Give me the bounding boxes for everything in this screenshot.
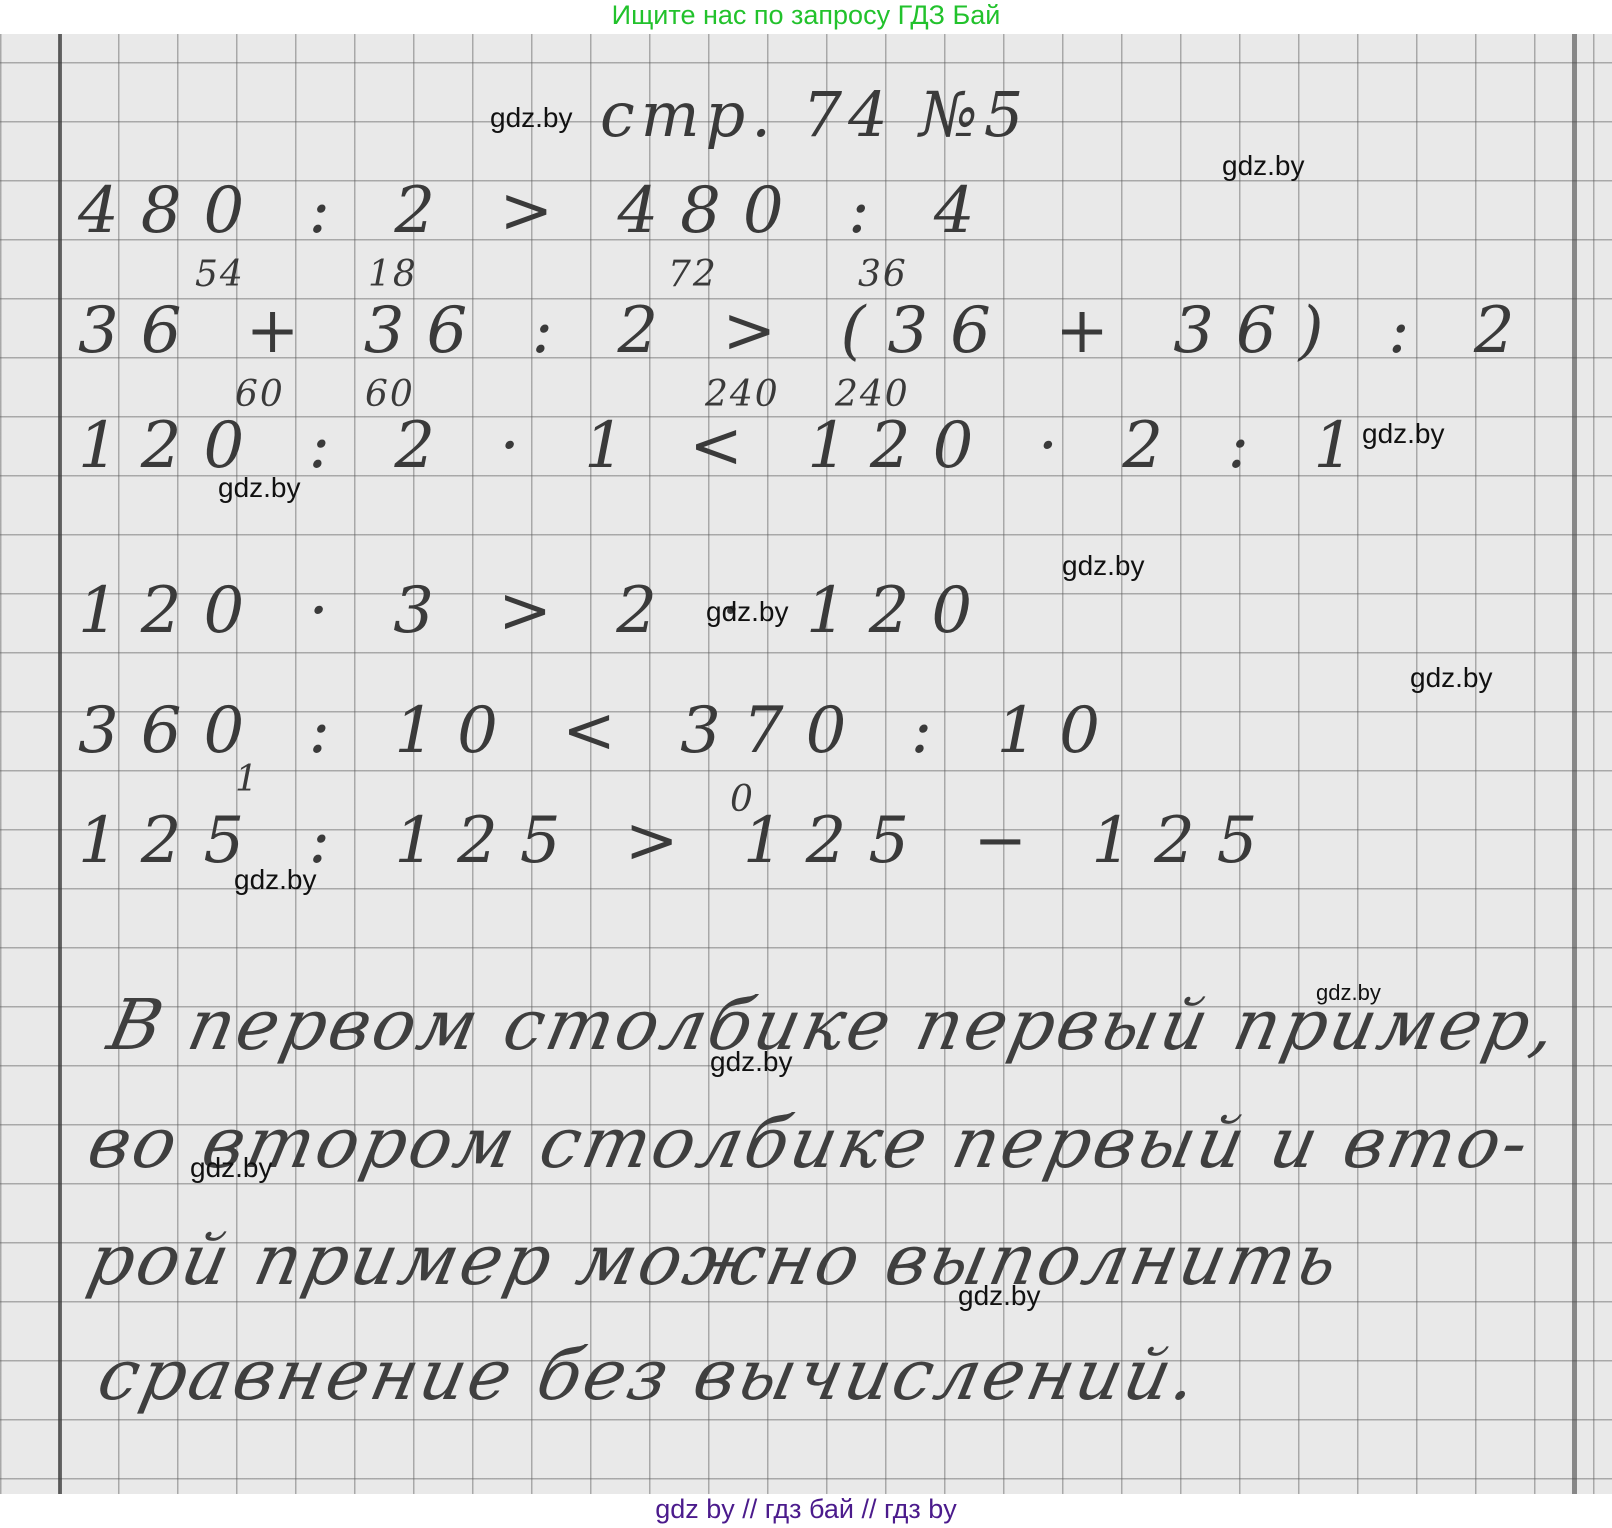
conclusion-line-2: во втором столбике первый и вто-	[81, 1102, 1538, 1184]
watermark: gdz.by	[958, 1280, 1041, 1312]
annotation-18: 18	[368, 254, 418, 295]
watermark: gdz.by	[234, 864, 317, 896]
watermark: gdz.by	[1410, 662, 1493, 694]
watermark: gdz.by	[218, 472, 301, 504]
margin-line-right	[1572, 34, 1577, 1494]
conclusion-line-3: рой пример можно выполнить	[81, 1219, 1348, 1301]
margin-line-left	[58, 34, 62, 1494]
annotation-1: 1	[235, 759, 260, 800]
bottom-banner: gdz by // гдз бай // гдз by	[0, 1494, 1612, 1528]
equation-2: 36 + 36 : 2 > (36 + 36) : 2	[78, 294, 1537, 368]
conclusion-line-4: сравнение без вычислений.	[91, 1334, 1207, 1416]
watermark: gdz.by	[1062, 550, 1145, 582]
watermark: gdz.by	[710, 1046, 793, 1078]
equation-1: 480 : 2 > 480 : 4	[78, 174, 997, 248]
notebook-page: стр. 74 №5 480 : 2 > 480 : 4 54 18 72 36…	[0, 34, 1612, 1494]
watermark: gdz.by	[1222, 150, 1305, 182]
watermark: gdz.by	[706, 596, 789, 628]
annotation-36: 36	[858, 254, 908, 295]
annotation-72: 72	[668, 254, 718, 295]
watermark: gdz.by	[190, 1152, 273, 1184]
equation-5: 360 : 10 < 370 : 10	[78, 694, 1122, 768]
watermark: gdz.by	[490, 102, 573, 134]
exercise-title: стр. 74 №5	[600, 78, 1029, 151]
annotation-54: 54	[195, 254, 245, 295]
watermark: gdz.by	[1362, 418, 1445, 450]
watermark: gdz.by	[1316, 980, 1381, 1006]
equation-4: 120 · 3 > 2 · 120	[78, 574, 994, 648]
top-banner: Ищите нас по запросу ГДЗ Бай	[0, 0, 1612, 34]
